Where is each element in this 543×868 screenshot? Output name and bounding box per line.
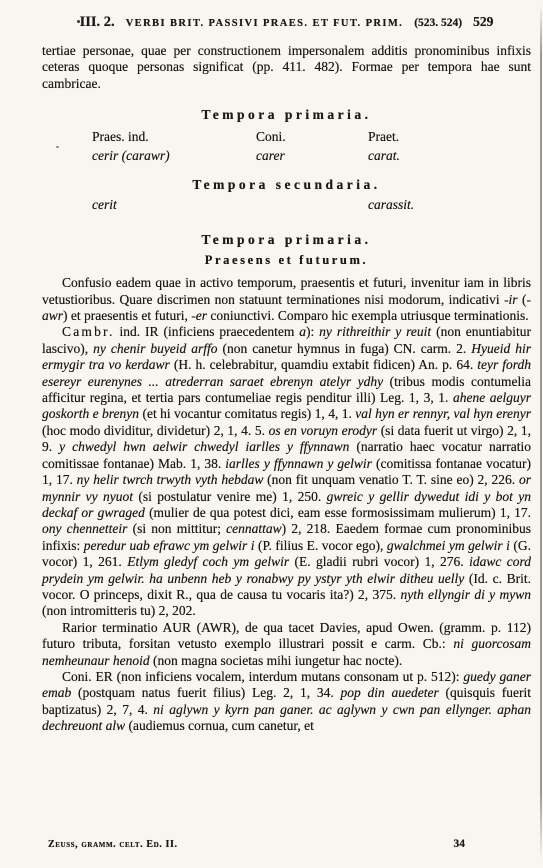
section-subheading-praesens-et-futurum: Praesens et futurum. <box>42 253 531 268</box>
text-run: cennattaw <box>226 521 282 536</box>
header-page-number: 529 <box>473 14 493 30</box>
text-run: ny chenir buyeid arffo <box>93 341 217 356</box>
text-run: gwalchmei ym gelwir i <box>387 538 510 553</box>
paradigm-cell: cerir (carawr) <box>92 147 256 164</box>
text-run: (E. gladii rubri vocor) 1, 276. <box>289 554 469 569</box>
scan-speck <box>56 146 59 148</box>
scan-gutter-shadow <box>540 4 542 860</box>
text-run: (audiemus cornua, cum canetur, et <box>125 718 314 733</box>
text-run: y chwedyl hwn aelwir chwedyl iarlles y f… <box>59 439 349 454</box>
page-footer: Zeuss, gramm. celt. Ed. II. 34 <box>48 838 543 850</box>
paradigm-cell: cerit <box>92 196 256 213</box>
text-run: -ir <box>504 292 518 307</box>
paragraph-rarior-aur: Rarior terminatio AUR (AWR), de qua tace… <box>42 620 531 669</box>
paragraph-intro: tertiae personae, quae per constructione… <box>42 43 531 92</box>
text-run: (non intromitteris tu) 2, 202. <box>42 603 196 618</box>
text-run: val hyn er rennyr, val hyn erenyr <box>355 406 531 421</box>
heading-tempora-primaria-paradigm: Tempora primaria. <box>42 107 531 123</box>
text-run: a <box>299 324 306 339</box>
text-run: -er <box>191 308 207 323</box>
text-run: nyth ellyngir di y mywn <box>400 587 531 602</box>
text-run: Confusio eadem quae in activo temporum, … <box>42 275 531 306</box>
text-run: ny helir twrch trwyth vyth hebdaw <box>77 472 264 487</box>
paradigm-col-praes-ind: Praes. ind. <box>92 128 256 145</box>
text-run: os en voruyn erodyr <box>269 423 378 438</box>
paradigm-secundaria-values-row: cerit carassit. <box>42 196 531 213</box>
text-run: (mulier de qua potest dici, eam esse for… <box>145 505 531 520</box>
page-header: III. 2. VERBI BRIT. PASSIVI PRAES. ET FU… <box>42 14 531 31</box>
text-run: pop din auedeter <box>341 685 439 700</box>
paradigm-primaria-values-row: cerir (carawr) carer carat. <box>42 147 531 164</box>
section-heading-tempora-primaria: Tempora primaria. <box>42 232 531 248</box>
scanned-book-page: III. 2. VERBI BRIT. PASSIVI PRAES. ET FU… <box>0 0 543 868</box>
text-run: Coni. ER (non inficiens vocalem, interdu… <box>62 669 463 684</box>
paradigm-header-row: Praes. ind. Coni. Praet. <box>42 128 531 145</box>
text-run: ( <box>518 292 527 307</box>
text-run: tertiae personae, quae per constructione… <box>42 43 531 91</box>
paradigm-cell <box>256 196 368 213</box>
page-content: III. 2. VERBI BRIT. PASSIVI PRAES. ET FU… <box>0 0 543 735</box>
text-run: (si non mittitur; <box>127 521 226 536</box>
text-run: (H. h. celebrabitur, quamdiu extabit fid… <box>170 357 477 372</box>
footer-imprint: Zeuss, gramm. celt. Ed. II. <box>48 839 178 850</box>
footer-signature-number: 34 <box>454 838 466 850</box>
text-run: (non canetur hymnus in fuga) CN. carm. 2… <box>218 341 472 356</box>
scan-speck <box>77 20 80 23</box>
header-section-number: III. 2. <box>80 14 115 31</box>
header-running-title: VERBI BRIT. PASSIVI PRAES. ET FUT. PRIM. <box>126 18 404 29</box>
text-run: (hoc modo dividitur, dividetur) 2, 1, 4.… <box>42 423 269 438</box>
text-run: (et hi vocantur comitatus regis) 1, 4, 1… <box>139 406 355 421</box>
text-run: (postquam natus fuerit filius) Leg. 2, 1… <box>71 685 340 700</box>
paradigm-cell: carer <box>256 147 368 164</box>
paradigm-cell: carat. <box>368 147 531 164</box>
text-run: ) et praesentis et futuri, <box>63 308 191 323</box>
text-run: coniunctivi. Comparo hic exempla utriusq… <box>207 308 529 323</box>
paragraph-coni-er: Coni. ER (non inficiens vocalem, interdu… <box>42 669 531 735</box>
header-column-refs: (523. 524) <box>414 17 462 29</box>
text-run: (si postulatur venire me) 1, 250. <box>133 489 327 504</box>
paradigm-col-coni: Coni. <box>256 128 368 145</box>
text-run: ind. IR (inficiens praecedentem <box>115 324 300 339</box>
text-run: iarlles y ffynnawn y gelwir <box>225 456 372 471</box>
text-run: Cambr. <box>62 324 115 339</box>
text-run: (non magna societas mihi iungetur hac no… <box>150 653 403 668</box>
paradigm-col-praet: Praet. <box>368 128 531 145</box>
paragraph-confusio: Confusio eadem quae in activo temporum, … <box>42 275 531 324</box>
text-run: ): <box>306 324 319 339</box>
text-run: (non fit unquam venatio T. T. sine eo) 2… <box>263 472 519 487</box>
text-run: ony chennetteir <box>42 521 127 536</box>
text-run: ny rithreithir y reuit <box>319 324 431 339</box>
paragraph-cambr-ind-ir: Cambr. ind. IR (inficiens praecedentem a… <box>42 324 531 619</box>
text-run: peredur uab efrawc ym gelwir i <box>84 538 255 553</box>
text-run: Etlym gledyf coch ym gelwir <box>127 554 289 569</box>
text-run: (P. filius E. vocor ego), <box>255 538 387 553</box>
paradigm-cell: carassit. <box>368 196 531 213</box>
heading-tempora-secundaria-paradigm: Tempora secundaria. <box>42 177 531 193</box>
